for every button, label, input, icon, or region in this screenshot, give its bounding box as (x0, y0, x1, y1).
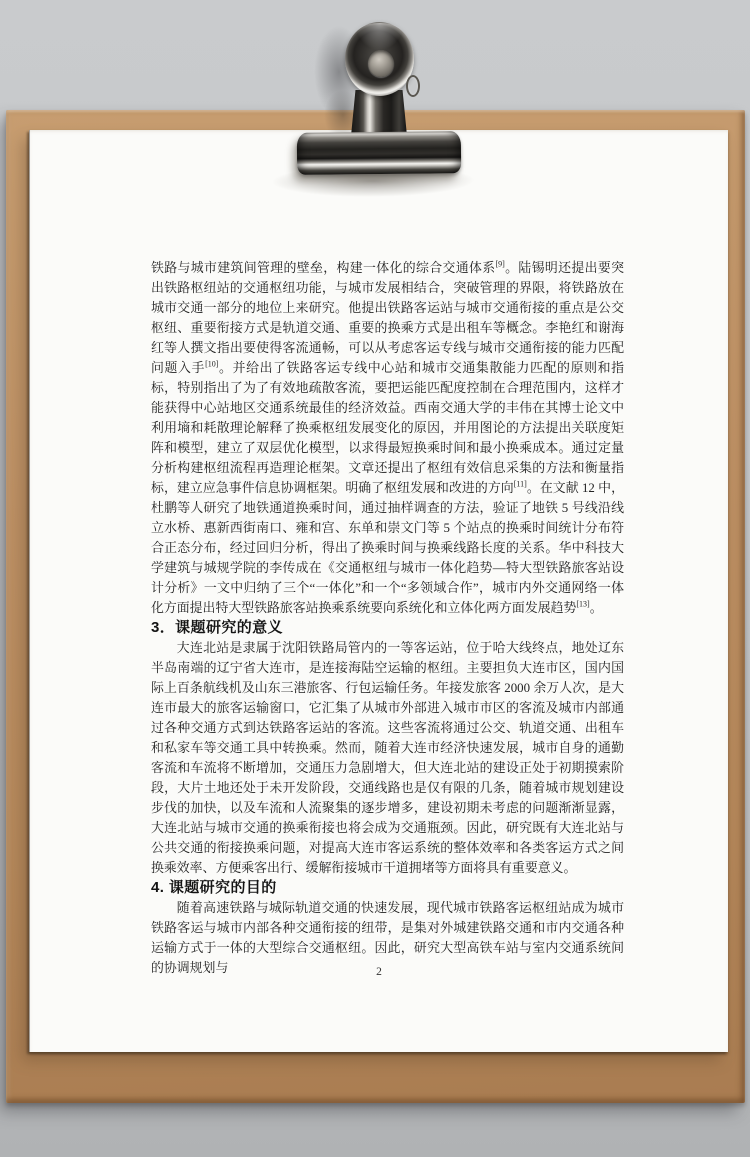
paragraph-continuation: 铁路与城市建筑间管理的壁垒，构建一体化的综合交通体系[9]。陆锡明还提出要突出铁… (151, 258, 624, 618)
clip-lever-arm (351, 90, 407, 136)
paragraph-significance: 大连北站是隶属于沈阳铁路局管内的一等客运站，位于哈大线终点，地处辽东半岛南端的辽… (151, 638, 624, 878)
clip-jaw (297, 131, 461, 175)
photo-scene: 铁路与城市建筑间管理的壁垒，构建一体化的综合交通体系[9]。陆锡明还提出要突出铁… (0, 0, 750, 1157)
page-number: 2 (30, 962, 728, 982)
clip-hole (368, 50, 394, 77)
section-heading-significance: 3．课题研究的意义 (151, 618, 624, 638)
clip-roller-head (345, 22, 414, 96)
paper-sheet: 铁路与城市建筑间管理的壁垒，构建一体化的综合交通体系[9]。陆锡明还提出要突出铁… (29, 130, 728, 1052)
document-text: 铁路与城市建筑间管理的壁垒，构建一体化的综合交通体系[9]。陆锡明还提出要突出铁… (151, 258, 624, 978)
section-heading-purpose: 4. 课题研究的目的 (151, 878, 624, 898)
clip-wire-loop (406, 75, 420, 97)
